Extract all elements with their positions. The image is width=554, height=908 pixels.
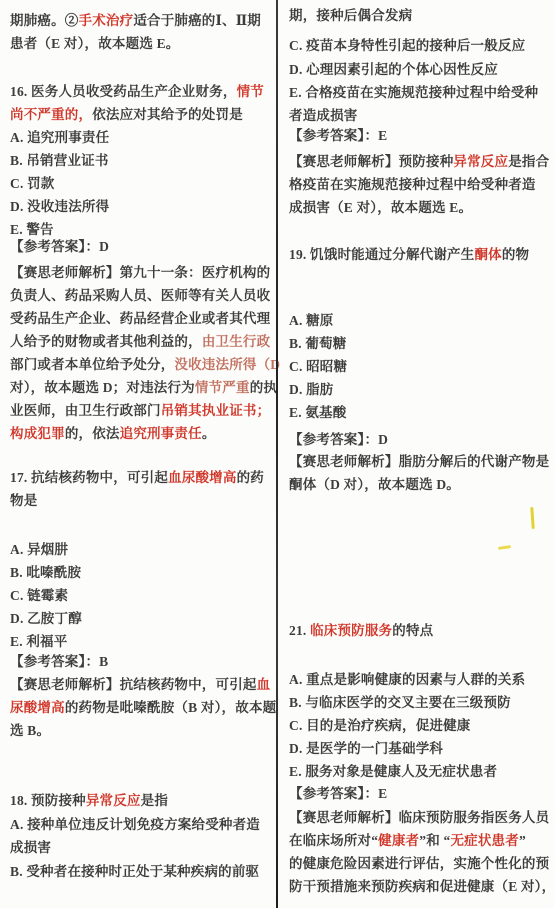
text-line: C. 昭昭糖 xyxy=(289,355,547,378)
text-segment: D. 是医学的一门基础学科 xyxy=(289,741,443,756)
question-16-options: A. 追究刑事责任B. 吊销营业证书C. 罚款D. 没收违法所得E. 警告 xyxy=(10,126,272,241)
question-21-text: 21. 临床预防服务的特点 xyxy=(289,619,547,642)
text-line: 成损害 xyxy=(10,836,272,859)
text-segment: B. 吊销营业证书 xyxy=(10,153,109,168)
question-17-text: 17. 抗结核药物中，可引起血尿酸增高的药物是 xyxy=(10,466,272,512)
text-segment: 部门或者本单位给予处分， xyxy=(10,357,174,372)
text-segment: 依法应对其给予的处罚是 xyxy=(92,107,243,122)
text-line: A. 接种单位违反计划免疫方案给受种者造 xyxy=(10,813,272,836)
highlighted-text: 没收违法所得（D xyxy=(174,357,280,372)
text-segment: A. 异烟肼 xyxy=(10,542,68,557)
text-segment: 是指合 xyxy=(508,154,549,169)
text-line: A. 异烟肼 xyxy=(10,538,272,561)
column-divider xyxy=(276,0,278,908)
text-segment: 18. 预防接种 xyxy=(10,793,86,808)
text-segment: 格疫苗在实施规范接种过程中给受种者造 xyxy=(289,177,536,192)
text-segment: C. 目的是治疗疾病，促进健康 xyxy=(289,718,471,733)
highlighted-text: 尿酸增高 xyxy=(10,700,65,715)
text-segment: 19. 饥饿时能通过分解代谢产生 xyxy=(289,247,474,262)
right-column: 期，接种后偶合发病C. 疫苗本身特性引起的接种后一般反应D. 心理因素引起的个体… xyxy=(289,0,547,908)
text-segment: 是指 xyxy=(141,793,168,808)
text-segment: 【赛思老师解析】第九十一条：医疗机构的 xyxy=(10,265,270,280)
highlighted-text: 血尿酸增高 xyxy=(168,470,237,485)
text-line: 选 B。 xyxy=(10,719,272,742)
highlighted-text: 异常反应 xyxy=(453,154,508,169)
text-line: 负责人、药品采购人员、医师等有关人员收 xyxy=(10,284,272,307)
text-line: 【赛思老师解析】预防接种异常反应是指合 xyxy=(289,150,547,173)
highlighted-text: 无症状患者 xyxy=(450,833,519,848)
text-line: 构成犯罪的，依法追究刑事责任。 xyxy=(10,422,272,445)
text-segment: B. 葡萄糖 xyxy=(289,336,346,351)
text-segment: 。 xyxy=(202,426,216,441)
text-line: 对），故本题选 D；对违法行为情节严重的执 xyxy=(10,376,272,399)
text-segment: 防干预措施来预防疾病和促进健康（E 对）， xyxy=(289,879,554,894)
text-segment: ” xyxy=(519,833,526,848)
text-line: E. 氨基酸 xyxy=(289,401,547,424)
text-line: C. 罚款 xyxy=(10,172,272,195)
reference-answer-16: 【参考答案】：D xyxy=(10,235,272,258)
text-line: 21. 临床预防服务的特点 xyxy=(289,619,547,642)
text-segment: 业医师，由卫生行政部门 xyxy=(10,403,161,418)
text-segment: 【赛思老师解析】临床预防服务指医务人员 xyxy=(289,810,549,825)
text-segment: 负责人、药品采购人员、医师等有关人员收 xyxy=(10,288,270,303)
text-segment: C. 罚款 xyxy=(10,176,55,191)
text-segment: D. 乙胺丁醇 xyxy=(10,611,82,626)
text-line: 【赛思老师解析】脂肪分解后的代谢产物是 xyxy=(289,450,547,473)
highlighted-text: 酮体 xyxy=(474,247,501,262)
text-segment: 的健康危险因素进行评估，实施个性化的预 xyxy=(289,856,549,871)
teacher-explanation-19: 【赛思老师解析】脂肪分解后的代谢产物是酮体（D 对），故本题选 D。 xyxy=(289,450,547,496)
text-segment: D. 心理因素引起的个体心因性反应 xyxy=(289,62,498,77)
text-line: 防干预措施来预防疾病和促进健康（E 对）， xyxy=(289,875,547,898)
highlighted-text: 情节严重 xyxy=(195,380,250,395)
highlighted-text: 异常反应 xyxy=(86,793,141,808)
question-17-options: A. 异烟肼B. 吡嗪酰胺C. 链霉素D. 乙胺丁醇E. 利福平 xyxy=(10,538,272,653)
text-segment: 【赛思老师解析】抗结核药物中，可引起 xyxy=(10,677,257,692)
text-segment: 物是 xyxy=(10,493,37,508)
question-18-option-c: C. 疫苗本身特性引起的接种后一般反应 xyxy=(289,34,547,57)
text-line: 格疫苗在实施规范接种过程中给受种者造 xyxy=(289,173,547,196)
highlighted-text: 吊销其执业证书； xyxy=(161,403,271,418)
text-line: 的健康危险因素进行评估，实施个性化的预 xyxy=(289,852,547,875)
text-line: 受药品生产企业、药品经营企业或者其代理 xyxy=(10,307,272,330)
teacher-explanation-21: 【赛思老师解析】临床预防服务指医务人员在临床场所对“健康者”和 “无症状患者”的… xyxy=(289,806,547,898)
text-line: 【赛思老师解析】临床预防服务指医务人员 xyxy=(289,806,547,829)
text-segment: D. 脂肪 xyxy=(289,382,334,397)
question-18-option-b: B. 受种者在接种时正处于某种疾病的前驱 xyxy=(10,860,272,883)
text-segment: C. 昭昭糖 xyxy=(289,359,347,374)
text-line: 成损害（E 对），故本题选 E。 xyxy=(289,196,547,219)
question-19-text: 19. 饥饿时能通过分解代谢产生酮体的物 xyxy=(289,243,547,266)
text-segment: 【参考答案】：D xyxy=(289,432,388,447)
question-18-option-a: A. 接种单位违反计划免疫方案给受种者造成损害 xyxy=(10,813,272,859)
text-segment: 的，依法 xyxy=(65,426,120,441)
text-segment: 17. 抗结核药物中，可引起 xyxy=(10,470,168,485)
highlighted-text: 血 xyxy=(257,677,271,692)
question-18-text: 18. 预防接种异常反应是指 xyxy=(10,789,272,812)
explanation-15-continued: 期肺癌。②手术治疗适合于肺癌的Ⅰ、Ⅱ期患者（E 对），故本题选 E。 xyxy=(10,9,272,55)
text-line: 【参考答案】：D xyxy=(289,428,547,451)
text-line: 尿酸增高的药物是吡嗪酰胺（B 对），故本题 xyxy=(10,696,272,719)
text-line: 19. 饥饿时能通过分解代谢产生酮体的物 xyxy=(289,243,547,266)
text-line: D. 乙胺丁醇 xyxy=(10,607,272,630)
text-line: 【参考答案】：E xyxy=(289,124,547,147)
text-line: 【参考答案】：B xyxy=(10,650,272,673)
text-line: A. 糖原 xyxy=(289,309,547,332)
text-segment: 【参考答案】：D xyxy=(10,239,109,254)
text-segment: 酮体（D 对），故本题选 D。 xyxy=(289,477,460,492)
text-segment: A. 重点是影响健康的因素与人群的关系 xyxy=(289,672,525,687)
text-line: 18. 预防接种异常反应是指 xyxy=(10,789,272,812)
text-line: D. 是医学的一门基础学科 xyxy=(289,737,547,760)
text-segment: C. 链霉素 xyxy=(10,588,68,603)
text-segment: E. 氨基酸 xyxy=(289,405,346,420)
reference-answer-18: 【参考答案】：E xyxy=(289,124,547,147)
question-18-option-b-continued: 期，接种后偶合发病 xyxy=(289,4,547,27)
text-segment: ”和 “ xyxy=(419,833,450,848)
text-segment: 【赛思老师解析】预防接种 xyxy=(289,154,453,169)
question-21-options: A. 重点是影响健康的因素与人群的关系B. 与临床医学的交叉主要在三级预防C. … xyxy=(289,668,547,783)
reference-answer-21: 【参考答案】：E xyxy=(289,782,547,805)
text-line: B. 吡嗪酰胺 xyxy=(10,561,272,584)
highlighted-text: 临床预防服务 xyxy=(310,623,392,638)
text-line: D. 脂肪 xyxy=(289,378,547,401)
text-segment: 21. xyxy=(289,623,310,638)
highlighted-text: 由卫生行政 xyxy=(202,334,271,349)
scanned-exam-page: 期肺癌。②手术治疗适合于肺癌的Ⅰ、Ⅱ期患者（E 对），故本题选 E。16. 医务… xyxy=(0,0,554,908)
text-line: 业医师，由卫生行政部门吊销其执业证书； xyxy=(10,399,272,422)
text-line: 在临床场所对“健康者”和 “无症状患者” xyxy=(289,829,547,852)
text-segment: B. 与临床医学的交叉主要在三级预防 xyxy=(289,695,511,710)
text-segment: 【参考答案】：B xyxy=(10,654,108,669)
teacher-explanation-16: 【赛思老师解析】第九十一条：医疗机构的负责人、药品采购人员、医师等有关人员收受药… xyxy=(10,261,272,445)
highlighted-text: 情节 xyxy=(237,84,264,99)
text-line: 部门或者本单位给予处分，没收违法所得（D xyxy=(10,353,272,376)
text-segment: 者造成损害 xyxy=(289,108,358,123)
text-line: D. 心理因素引起的个体心因性反应 xyxy=(289,58,547,81)
reference-answer-17: 【参考答案】：B xyxy=(10,650,272,673)
text-line: C. 链霉素 xyxy=(10,584,272,607)
text-segment: 人给予的财物或者其他利益的， xyxy=(10,334,202,349)
highlighted-text: 构成犯罪 xyxy=(10,426,65,441)
highlighted-text: 尚不严重的， xyxy=(10,107,92,122)
highlighted-text: 健康者 xyxy=(378,833,419,848)
text-segment: 【参考答案】：E xyxy=(289,128,387,143)
text-line: 【赛思老师解析】抗结核药物中，可引起血 xyxy=(10,673,272,696)
text-segment: D. 没收违法所得 xyxy=(10,199,109,214)
text-segment: 受药品生产企业、药品经营企业或者其代理 xyxy=(10,311,270,326)
text-line: B. 吊销营业证书 xyxy=(10,149,272,172)
text-line: A. 追究刑事责任 xyxy=(10,126,272,149)
question-19-options: A. 糖原B. 葡萄糖C. 昭昭糖D. 脂肪E. 氨基酸 xyxy=(289,309,547,424)
text-segment: 【赛思老师解析】脂肪分解后的代谢产物是 xyxy=(289,454,549,469)
text-line: B. 葡萄糖 xyxy=(289,332,547,355)
text-line: C. 目的是治疗疾病，促进健康 xyxy=(289,714,547,737)
teacher-explanation-18: 【赛思老师解析】预防接种异常反应是指合格疫苗在实施规范接种过程中给受种者造成损害… xyxy=(289,150,547,219)
text-segment: 期，接种后偶合发病 xyxy=(289,8,412,23)
teacher-explanation-17: 【赛思老师解析】抗结核药物中，可引起血尿酸增高的药物是吡嗪酰胺（B 对），故本题… xyxy=(10,673,272,742)
text-line: 【参考答案】：E xyxy=(289,782,547,805)
text-segment: 期肺癌。② xyxy=(10,13,79,28)
question-16-text: 16. 医务人员收受药品生产企业财务，情节尚不严重的，依法应对其给予的处罚是 xyxy=(10,80,272,126)
text-line: 尚不严重的，依法应对其给予的处罚是 xyxy=(10,103,272,126)
text-line: B. 受种者在接种时正处于某种疾病的前驱 xyxy=(10,860,272,883)
reference-answer-19: 【参考答案】：D xyxy=(289,428,547,451)
highlighted-text: 追究刑事责任 xyxy=(120,426,202,441)
text-line: E. 合格疫苗在实施规范接种过程中给受种 xyxy=(289,81,547,104)
text-segment: B. 受种者在接种时正处于某种疾病的前驱 xyxy=(10,864,259,879)
text-line: B. 与临床医学的交叉主要在三级预防 xyxy=(289,691,547,714)
text-line: C. 疫苗本身特性引起的接种后一般反应 xyxy=(289,34,547,57)
text-line: 【参考答案】：D xyxy=(10,235,272,258)
text-segment: E. 服务对象是健康人及无症状患者 xyxy=(289,764,497,779)
text-line: 酮体（D 对），故本题选 D。 xyxy=(289,473,547,496)
left-column: 期肺癌。②手术治疗适合于肺癌的Ⅰ、Ⅱ期患者（E 对），故本题选 E。16. 医务… xyxy=(10,0,272,908)
text-line: 人给予的财物或者其他利益的，由卫生行政 xyxy=(10,330,272,353)
text-segment: 的药 xyxy=(237,470,264,485)
text-segment: A. 接种单位违反计划免疫方案给受种者造 xyxy=(10,817,260,832)
text-segment: 成损害（E 对），故本题选 E。 xyxy=(289,200,472,215)
text-line: 17. 抗结核药物中，可引起血尿酸增高的药 xyxy=(10,466,272,489)
text-segment: E. 合格疫苗在实施规范接种过程中给受种 xyxy=(289,85,538,100)
text-segment: 对），故本题选 D；对违法行为 xyxy=(10,380,195,395)
text-segment: B. 吡嗪酰胺 xyxy=(10,565,81,580)
text-line: A. 重点是影响健康的因素与人群的关系 xyxy=(289,668,547,691)
text-segment: 适合于肺癌的Ⅰ、Ⅱ期 xyxy=(133,13,261,28)
text-segment: 成损害 xyxy=(10,840,51,855)
question-18-option-e: E. 合格疫苗在实施规范接种过程中给受种者造成损害 xyxy=(289,81,547,127)
text-segment: 选 B。 xyxy=(10,723,50,738)
text-segment: 【参考答案】：E xyxy=(289,786,387,801)
text-segment: 的物 xyxy=(502,247,529,262)
text-segment: 16. 医务人员收受药品生产企业财务， xyxy=(10,84,237,99)
text-line: 患者（E 对），故本题选 E。 xyxy=(10,32,272,55)
text-segment: 的执 xyxy=(250,380,277,395)
text-line: 16. 医务人员收受药品生产企业财务，情节 xyxy=(10,80,272,103)
text-segment: A. 糖原 xyxy=(289,313,334,328)
question-18-option-d: D. 心理因素引起的个体心因性反应 xyxy=(289,58,547,81)
text-line: D. 没收违法所得 xyxy=(10,195,272,218)
text-line: 【赛思老师解析】第九十一条：医疗机构的 xyxy=(10,261,272,284)
text-line: E. 服务对象是健康人及无症状患者 xyxy=(289,760,547,783)
text-segment: A. 追究刑事责任 xyxy=(10,130,109,145)
text-segment: 的特点 xyxy=(392,623,433,638)
text-line: 期肺癌。②手术治疗适合于肺癌的Ⅰ、Ⅱ期 xyxy=(10,9,272,32)
text-segment: 患者（E 对），故本题选 E。 xyxy=(10,36,180,51)
text-segment: E. 利福平 xyxy=(10,634,67,649)
highlighted-text: 手术治疗 xyxy=(79,13,134,28)
text-line: 期，接种后偶合发病 xyxy=(289,4,547,27)
text-line: 物是 xyxy=(10,489,272,512)
text-segment: 在临床场所对“ xyxy=(289,833,378,848)
text-segment: 的药物是吡嗪酰胺（B 对），故本题 xyxy=(65,700,277,715)
text-segment: C. 疫苗本身特性引起的接种后一般反应 xyxy=(289,38,525,53)
